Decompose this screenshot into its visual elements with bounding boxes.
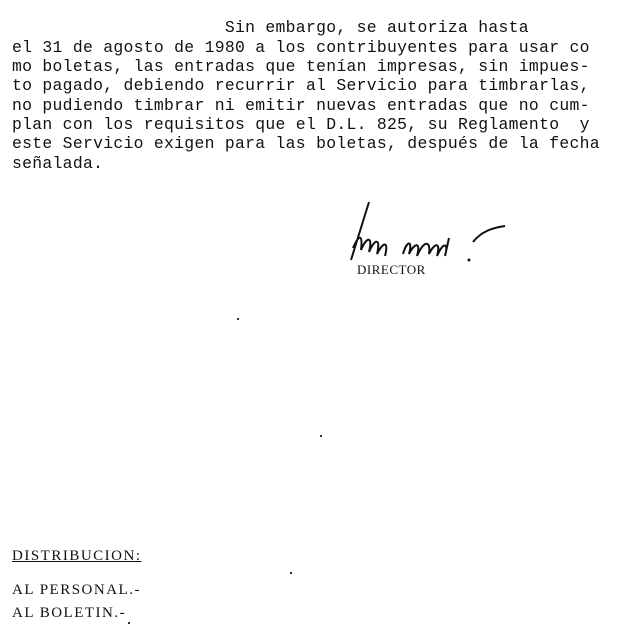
paragraph-line: no pudiendo timbrar ni emitir nuevas ent…	[12, 96, 590, 116]
paragraph-line: este Servicio exigen para las boletas, d…	[12, 134, 600, 154]
scan-speck	[128, 622, 130, 624]
distribution-item: AL BOLETIN.-	[12, 605, 126, 622]
scan-speck	[237, 318, 239, 320]
paragraph-line: Sin embargo, se autoriza hasta	[12, 18, 529, 38]
paragraph-line: el 31 de agosto de 1980 a los contribuye…	[12, 38, 590, 58]
signatory-title: DIRECTOR	[357, 262, 426, 278]
paragraph-line: to pagado, debiendo recurrir al Servicio…	[12, 76, 590, 96]
distribution-heading: DISTRIBUCION:	[12, 548, 142, 565]
distribution-item: AL PERSONAL.-	[12, 582, 141, 599]
scan-speck	[290, 572, 292, 574]
paragraph-line: señalada.	[12, 154, 103, 174]
paragraph-line: plan con los requisitos que el D.L. 825,…	[12, 115, 590, 135]
scan-speck	[320, 435, 322, 437]
signature-scribble	[345, 198, 525, 268]
paragraph-line: mo boletas, las entradas que tenían impr…	[12, 57, 590, 77]
